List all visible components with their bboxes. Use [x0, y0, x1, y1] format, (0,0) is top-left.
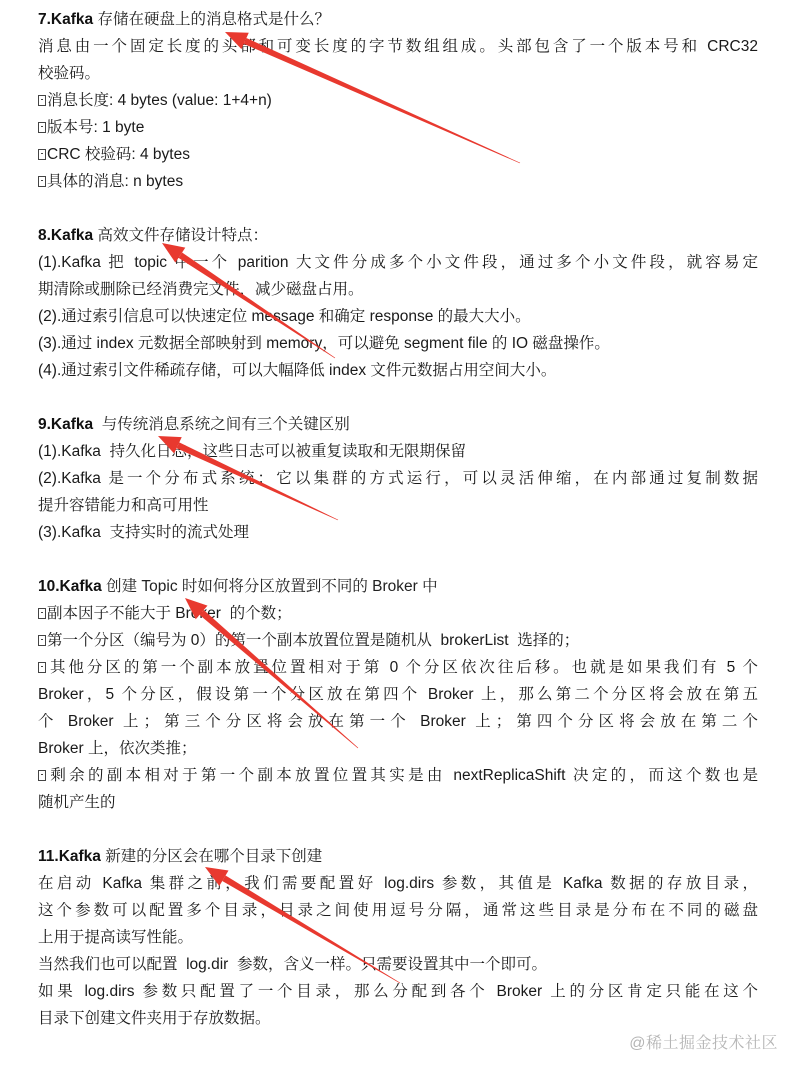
missing-glyph-bullet-icon	[38, 122, 46, 133]
paragraph-line: (2).Kafka 是一个分布式系统：它以集群的方式运行，可以灵活伸缩，在内部通…	[38, 465, 758, 492]
list-item: 第一个分区（编号为 0）的第一个副本放置位置是随机从 brokerList 选择…	[38, 627, 758, 654]
paragraph-line: 目录下创建文件夹用于存放数据。	[38, 1005, 758, 1032]
heading-text: 与传统消息系统之间有三个关键区别	[93, 416, 350, 433]
section-7: 7.Kafka 存储在硬盘上的消息格式是什么？ 消息由一个固定长度的头部和可变长…	[38, 6, 758, 195]
missing-glyph-bullet-icon	[38, 608, 46, 619]
heading-text: 高效文件存储设计特点：	[93, 227, 268, 244]
document-body: 7.Kafka 存储在硬盘上的消息格式是什么？ 消息由一个固定长度的头部和可变长…	[38, 6, 758, 1032]
paragraph-line: 在启动 Kafka 集群之前，我们需要配置好 log.dirs 参数，其值是 K…	[38, 870, 758, 897]
missing-glyph-bullet-icon	[38, 149, 46, 160]
paragraph-line: 随机产生的	[38, 789, 758, 816]
paragraph-line: 上用于提高读写性能。	[38, 924, 758, 951]
heading-text: 新建的分区会在哪个目录下创建	[101, 848, 322, 865]
paragraph-line: (1).Kafka 把 topic 中一个 parition 大文件分成多个小文…	[38, 249, 758, 276]
list-item: 具体的消息: n bytes	[38, 168, 758, 195]
list-item: 剩余的副本相对于第一个副本放置位置其实是由 nextReplicaShift 决…	[38, 762, 758, 789]
paragraph-line: 当然我们也可以配置 log.dir 参数，含义一样。只需要设置其中一个即可。	[38, 951, 758, 978]
paragraph-line: 校验码。	[38, 60, 758, 87]
section-heading: 9.Kafka 与传统消息系统之间有三个关键区别	[38, 411, 758, 438]
list-item-text: 副本因子不能大于 Broker 的个数；	[47, 605, 292, 622]
paragraph-line: (3).Kafka 支持实时的流式处理	[38, 519, 758, 546]
section-gap	[38, 384, 758, 411]
paragraph-line: 提升容错能力和高可用性	[38, 492, 758, 519]
paragraph-line: Broker，5 个分区，假设第一个分区放在第四个 Broker 上，那么第二个…	[38, 681, 758, 708]
list-item-text: 具体的消息: n bytes	[47, 173, 183, 190]
list-item: 其他分区的第一个副本放置位置相对于第 0 个分区依次往后移。也就是如果我们有 5…	[38, 654, 758, 681]
section-gap	[38, 195, 758, 222]
list-item-text: 消息长度: 4 bytes (value: 1+4+n)	[47, 92, 272, 109]
paragraph-line: Broker 上，依次类推；	[38, 735, 758, 762]
heading-number: 9.Kafka	[38, 416, 93, 433]
missing-glyph-bullet-icon	[38, 176, 46, 187]
paragraph-line: 这个参数可以配置多个目录，目录之间使用逗号分隔，通常这些目录是分布在不同的磁盘	[38, 897, 758, 924]
list-item-text: 版本号: 1 byte	[47, 119, 144, 136]
paragraph-line: 个 Broker 上；第三个分区将会放在第一个 Broker 上；第四个分区将会…	[38, 708, 758, 735]
list-item: 副本因子不能大于 Broker 的个数；	[38, 600, 758, 627]
paragraph-line: (4).通过索引文件稀疏存储，可以大幅降低 index 文件元数据占用空间大小。	[38, 357, 758, 384]
heading-number: 10.Kafka	[38, 578, 102, 595]
paragraph-line: 期清除或删除已经消费完文件，减少磁盘占用。	[38, 276, 758, 303]
paragraph-line: (3).通过 index 元数据全部映射到 memory，可以避免 segmen…	[38, 330, 758, 357]
heading-text: 创建 Topic 时如何将分区放置到不同的 Broker 中	[102, 578, 438, 595]
section-9: 9.Kafka 与传统消息系统之间有三个关键区别 (1).Kafka 持久化日志…	[38, 411, 758, 546]
heading-number: 11.Kafka	[38, 848, 101, 865]
list-item: 消息长度: 4 bytes (value: 1+4+n)	[38, 87, 758, 114]
list-item-text: 第一个分区（编号为 0）的第一个副本放置位置是随机从 brokerList 选择…	[47, 632, 579, 649]
watermark: @稀土掘金技术社区	[629, 1030, 778, 1053]
list-item-text: 其他分区的第一个副本放置位置相对于第 0 个分区依次往后移。也就是如果我们有 5…	[47, 659, 758, 676]
heading-number: 8.Kafka	[38, 227, 93, 244]
list-item-text: 剩余的副本相对于第一个副本放置位置其实是由 nextReplicaShift 决…	[47, 767, 758, 784]
missing-glyph-bullet-icon	[38, 662, 46, 673]
section-heading: 11.Kafka 新建的分区会在哪个目录下创建	[38, 843, 758, 870]
paragraph-line: (1).Kafka 持久化日志，这些日志可以被重复读取和无限期保留	[38, 438, 758, 465]
section-heading: 8.Kafka 高效文件存储设计特点：	[38, 222, 758, 249]
section-gap	[38, 816, 758, 843]
missing-glyph-bullet-icon	[38, 635, 46, 646]
section-10: 10.Kafka 创建 Topic 时如何将分区放置到不同的 Broker 中 …	[38, 573, 758, 816]
list-item: 版本号: 1 byte	[38, 114, 758, 141]
section-heading: 10.Kafka 创建 Topic 时如何将分区放置到不同的 Broker 中	[38, 573, 758, 600]
paragraph-line: 消息由一个固定长度的头部和可变长度的字节数组组成。头部包含了一个版本号和 CRC…	[38, 33, 758, 60]
section-heading: 7.Kafka 存储在硬盘上的消息格式是什么？	[38, 6, 758, 33]
list-item: CRC 校验码: 4 bytes	[38, 141, 758, 168]
missing-glyph-bullet-icon	[38, 95, 46, 106]
section-11: 11.Kafka 新建的分区会在哪个目录下创建 在启动 Kafka 集群之前，我…	[38, 843, 758, 1032]
paragraph-line: (2).通过索引信息可以快速定位 message 和确定 response 的最…	[38, 303, 758, 330]
missing-glyph-bullet-icon	[38, 770, 46, 781]
section-gap	[38, 546, 758, 573]
list-item-text: CRC 校验码: 4 bytes	[47, 146, 190, 163]
heading-number: 7.Kafka	[38, 11, 93, 28]
section-8: 8.Kafka 高效文件存储设计特点： (1).Kafka 把 topic 中一…	[38, 222, 758, 384]
heading-text: 存储在硬盘上的消息格式是什么？	[93, 11, 330, 28]
paragraph-line: 如果 log.dirs 参数只配置了一个目录，那么分配到各个 Broker 上的…	[38, 978, 758, 1005]
